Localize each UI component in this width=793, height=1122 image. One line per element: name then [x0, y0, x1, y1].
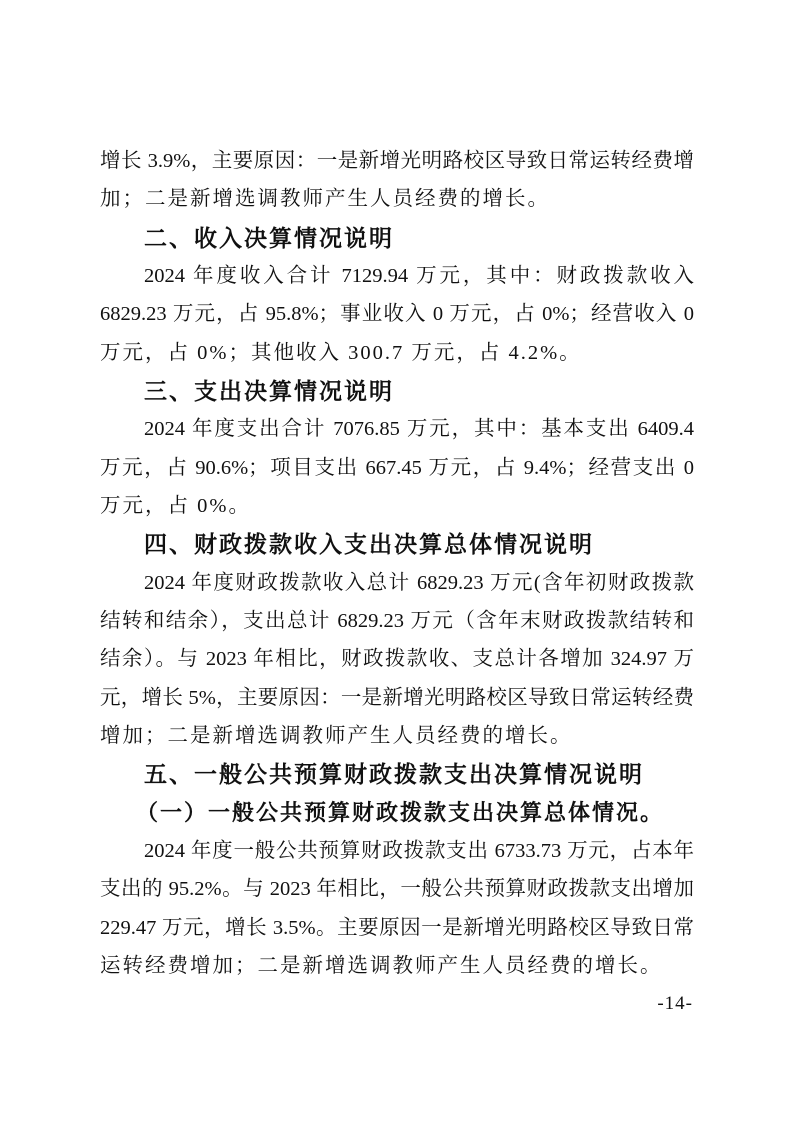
section-heading: 三、支出决算情况说明: [100, 372, 694, 410]
document-lines: 增长 3.9%，主要原因：一是新增光明路校区导致日常运转经费增加；二是新增选调教…: [100, 142, 694, 985]
section-heading: 二、收入决算情况说明: [100, 219, 694, 257]
text-line: 万元，占 90.6%；项目支出 667.45 万元，占 9.4%；经营支出 0: [100, 449, 694, 487]
subsection-heading: （一）一般公共预算财政拨款支出决算总体情况。: [100, 794, 694, 832]
document-page: 增长 3.9%，主要原因：一是新增光明路校区导致日常运转经费增加；二是新增选调教…: [0, 0, 793, 1122]
text-line: 增加；二是新增选调教师产生人员经费的增长。: [100, 717, 694, 755]
text-line: 2024 年度收入合计 7129.94 万元，其中：财政拨款收入: [100, 257, 694, 295]
text-line: 万元，占 0%；其他收入 300.7 万元，占 4.2%。: [100, 334, 694, 372]
text-line: 结转和结余），支出总计 6829.23 万元（含年末财政拨款结转和: [100, 602, 694, 640]
text-line: 元，增长 5%，主要原因：一是新增光明路校区导致日常运转经费: [100, 679, 694, 717]
text-line: 2024 年度一般公共预算财政拨款支出 6733.73 万元，占本年: [100, 832, 694, 870]
text-line: 2024 年度支出合计 7076.85 万元，其中：基本支出 6409.4: [100, 410, 694, 448]
section-heading: 五、一般公共预算财政拨款支出决算情况说明: [100, 755, 694, 793]
text-line: 6829.23 万元，占 95.8%；事业收入 0 万元，占 0%；经营收入 0: [100, 295, 694, 333]
text-line: 支出的 95.2%。与 2023 年相比，一般公共预算财政拨款支出增加: [100, 870, 694, 908]
section-heading: 四、财政拨款收入支出决算总体情况说明: [100, 525, 694, 563]
text-line: 运转经费增加；二是新增选调教师产生人员经费的增长。: [100, 947, 694, 985]
text-line: 万元，占 0%。: [100, 487, 694, 525]
text-line: 增长 3.9%，主要原因：一是新增光明路校区导致日常运转经费增: [100, 142, 694, 180]
page-number: -14-: [657, 993, 693, 1015]
text-line: 结余）。与 2023 年相比，财政拨款收、支总计各增加 324.97 万: [100, 640, 694, 678]
text-line: 229.47 万元，增长 3.5%。主要原因一是新增光明路校区导致日常: [100, 909, 694, 947]
text-line: 加；二是新增选调教师产生人员经费的增长。: [100, 180, 694, 218]
text-line: 2024 年度财政拨款收入总计 6829.23 万元(含年初财政拨款: [100, 564, 694, 602]
